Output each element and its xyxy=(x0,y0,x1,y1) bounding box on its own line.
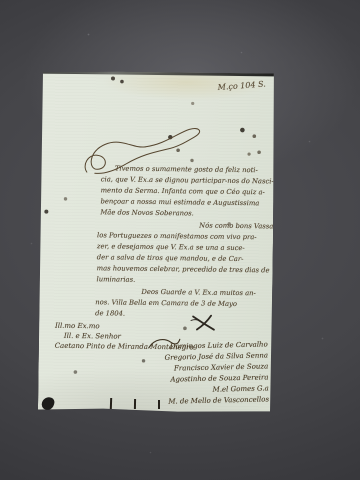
foxing-spots xyxy=(42,71,44,73)
manuscript-line: Mãe dos Novos Soberanos. xyxy=(100,207,272,220)
ink-blot-cross-mark xyxy=(189,312,217,332)
signature-line: M. de Mello de Vasconcellos xyxy=(155,394,269,408)
photo-of-manuscript: M.ço 104 S. Tivemos o sumamente gosto da… xyxy=(0,0,360,480)
paper-top-edge-shadow xyxy=(42,71,275,77)
archival-annotation: M.ço 104 S. xyxy=(154,79,266,96)
bottom-edge-ink-tick xyxy=(158,400,160,409)
manuscript-page: M.ço 104 S. Tivemos o sumamente gosto da… xyxy=(38,71,275,414)
signatures-block: Domingos Luiz de Carvalho Gregorio José … xyxy=(154,339,269,408)
background-dust-specks xyxy=(0,0,1,1)
manuscript-line: de 1804. xyxy=(95,308,271,321)
paragraph-2: Nós como bons Vassal- los Portuguezes o … xyxy=(96,219,271,287)
paragraph-1: Tivemos o sumamente gosto da feliz noti-… xyxy=(100,163,273,220)
bottom-edge-ink-tick xyxy=(134,399,136,409)
manuscript-line: luminarias. xyxy=(96,274,270,287)
closing-and-dateline: Deos Guarde a V. Ex.a muitos an- nos. Vi… xyxy=(95,286,271,321)
